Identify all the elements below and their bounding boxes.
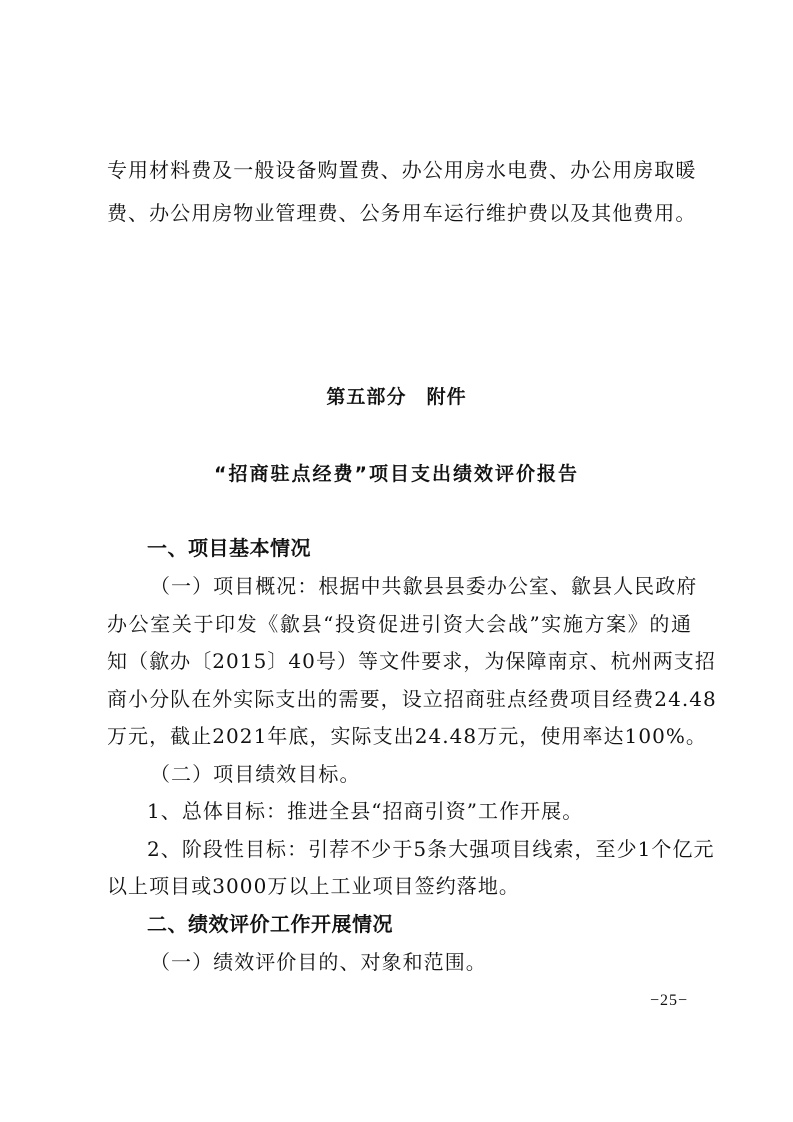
evaluation-purpose: （一）绩效评价目的、对象和范围。: [150, 949, 735, 975]
goal-stage-line-1: 2、阶段性目标：引荐不少于5条大强项目线索，至少1个亿元: [147, 836, 692, 862]
overview-line-5: 万元，截止2021年底，实际支出24.48万元，使用率达100%。: [107, 723, 692, 749]
document-page: 专用材料费及一般设备购置费、办公用房水电费、办公用房取暖 费、办公用房物业管理费…: [0, 0, 793, 1122]
goal-overall: 1、总体目标：推进全县“招商引资”工作开展。: [147, 798, 692, 824]
section-heading-basic-info: 一、项目基本情况: [147, 535, 692, 561]
section-heading-evaluation: 二、绩效评价工作开展情况: [147, 911, 692, 937]
overview-line-2: 办公室关于印发《歙县“投资促进引资大会战”实施方案》的通: [107, 611, 692, 637]
overview-line-4: 商小分队在外实际支出的需要，设立招商驻点经费项目经费24.48: [107, 686, 692, 712]
part-title: 第五部分 附件: [0, 384, 793, 410]
continuation-line-1: 专用材料费及一般设备购置费、办公用房水电费、办公用房取暖: [107, 157, 692, 183]
overview-line-3: 知（歙办〔2015〕40号）等文件要求，为保障南京、杭州两支招: [107, 648, 692, 674]
page-number: −25−: [650, 992, 688, 1010]
goal-stage-line-2: 以上项目或3000万以上工业项目签约落地。: [107, 873, 692, 899]
overview-line-1: （一）项目概况：根据中共歙县县委办公室、歙县人民政府: [150, 573, 692, 599]
continuation-line-2: 费、办公用房物业管理费、公务用车运行维护费以及其他费用。: [107, 200, 692, 226]
report-title: “招商驻点经费”项目支出绩效评价报告: [0, 461, 793, 487]
goals-heading: （二）项目绩效目标。: [150, 761, 735, 787]
